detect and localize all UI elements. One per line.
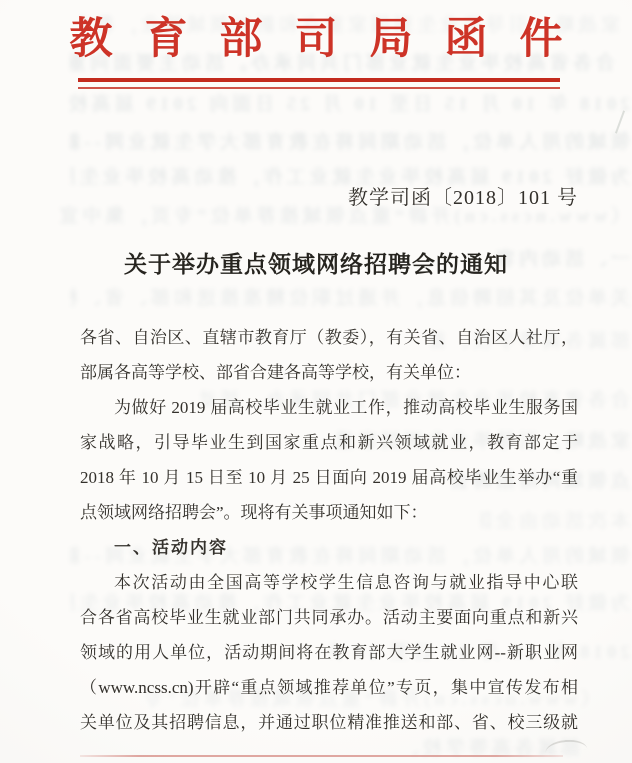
section-heading: 一、活动内容 [80, 530, 578, 565]
body-line: 家战略，引导毕业生到国家重点和新兴领域就业，教育部定于 [80, 425, 578, 460]
letterhead-title-text: 教育部司局函件 [70, 16, 595, 63]
scanned-document-page: 家战略，引导毕业生到国家重点和新兴领域就业，教育部定于 合各省高校毕业生就业部门… [0, 0, 632, 763]
document-title: 关于举办重点领域网络招聘会的通知 [0, 246, 632, 279]
body-line: 领域的用人单位，活动期间将在教育部大学生就业网--新职业网 [80, 635, 578, 670]
doc-number: 教学司函〔2018〕101 号 [348, 181, 578, 210]
body-line: 合各省高校毕业生就业部门共同承办。活动主要面向重点和新兴 [80, 600, 578, 635]
bleedthrough-text: 关单位及其招聘信息，并通过职位精准推送和部、省、校三级就 [70, 287, 630, 311]
document-body: 各省、自治区、直辖市教育厅（教委），有关省、自治区人社厅， 部属各高等学校、部省… [80, 320, 578, 740]
body-line: 为做好 2019 届高校毕业生就业工作，推动高校毕业生服务国 [80, 390, 578, 425]
body-line-salutation-1: 各省、自治区、直辖市教育厅（教委），有关省、自治区人社厅， [80, 320, 578, 355]
body-line: 点领域网络招聘会”。现将有关事项通知如下： [80, 495, 578, 530]
body-line: 本次活动由全国高等学校学生信息咨询与就业指导中心联 [80, 565, 578, 600]
scan-edge-artifact [615, 110, 625, 133]
body-line: （www.ncss.cn)开辟“重点领域推荐单位”专页，集中宣传发布相 [80, 670, 578, 705]
footer-rule [80, 755, 563, 757]
bleedthrough-text: 领域的用人单位，活动期间将在教育部大学生就业网--新职业网 [70, 131, 630, 155]
body-line: 关单位及其招聘信息，并通过职位精准推送和部、省、校三级就 [80, 705, 578, 740]
letterhead-rule-thin [78, 87, 560, 89]
letterhead-rule-thick [78, 78, 560, 82]
stray-pen-mark [545, 738, 588, 753]
body-line: 2018 年 10 月 15 日至 10 月 25 日面向 2019 届高校毕业… [80, 460, 578, 495]
body-line-salutation-2: 部属各高等学校、部省合建各高等学校，有关单位： [80, 355, 578, 390]
bleedthrough-text: 2018 年 10 月 15 日至 10 月 25 日面向 2019 届高校毕业… [70, 93, 630, 117]
letterhead-title: 教育部司局函件 [0, 16, 632, 64]
